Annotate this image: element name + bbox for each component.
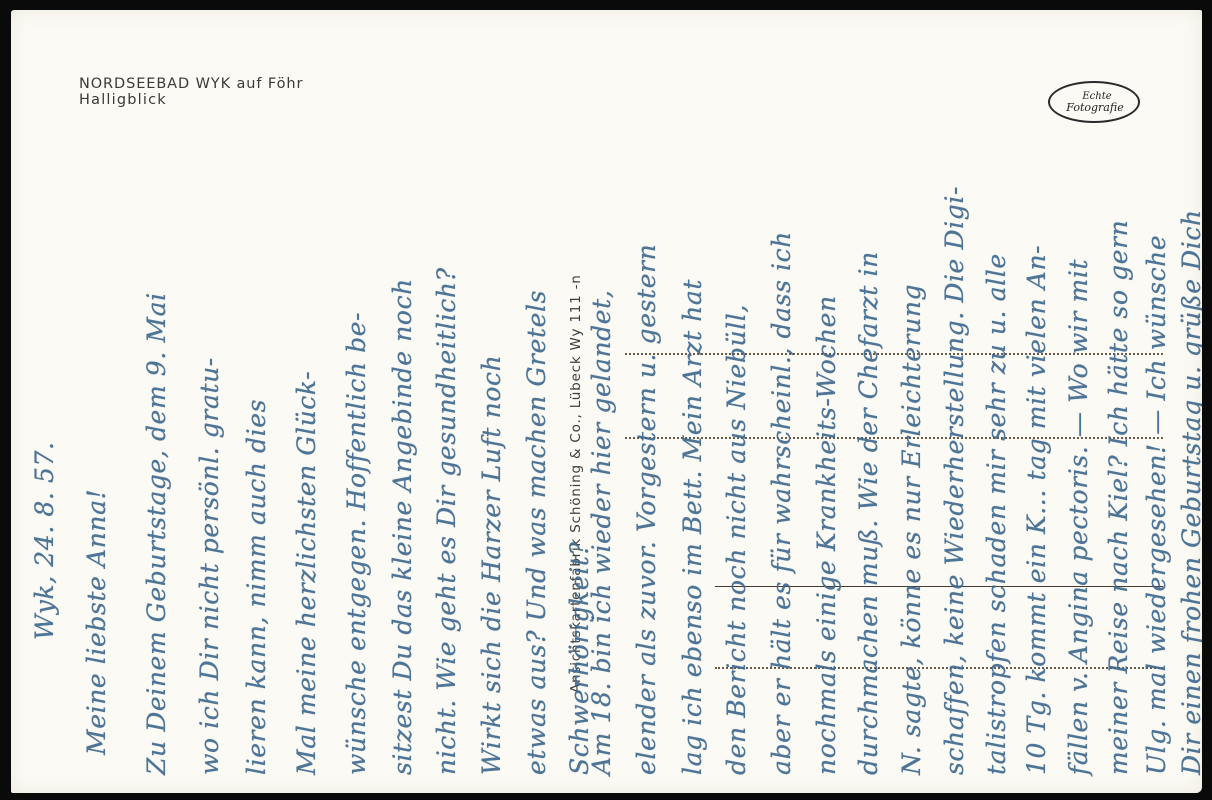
handwritten-line: N. sagte, könne es nur Erleichterung [897, 284, 926, 775]
printed-header: NORDSEEBAD WYK auf Föhr Halligblick [79, 76, 303, 108]
handwritten-line: Wirkt sich die Harzer Luft noch [477, 355, 506, 775]
handwritten-line: wo ich Dir nicht persönl. gratu- [195, 357, 224, 775]
handwritten-line: nicht. Wie geht es Dir gesundheitlich? [432, 267, 461, 775]
handwritten-line: schaffen, keine Wiederherstellung. Die D… [940, 186, 969, 775]
handwritten-line: elender als zuvor. Vorgestern u. gestern [632, 244, 661, 775]
handwritten-line: sitzest Du das kleine Angebinde noch [388, 278, 417, 775]
handwritten-line: meiner Reise nach Kiel? Ich hätte so ger… [1104, 220, 1133, 775]
handwritten-line: nochmals einige Krankheits-Wochen [812, 295, 841, 775]
handwritten-line: Zu Deinem Geburtstage, dem 9. Mai [142, 292, 171, 775]
handwritten-line: den Bericht noch nicht aus Niebüll, [722, 304, 751, 775]
handwritten-line: Meine liebste Anna! [82, 489, 111, 755]
handwritten-line: lieren kann, nimm auch dies [242, 399, 271, 775]
handwritten-line: Wyk, 24. 8. 57. [30, 441, 59, 640]
handwritten-line: talistropfen schaden mir sehr zu u. alle [982, 253, 1011, 775]
handwritten-line: aber er hält es für wahrscheinl., dass i… [767, 231, 796, 775]
handwritten-line: Am 18. bin ich wieder hier gelandet, [587, 290, 616, 775]
handwritten-line: 10 Tg. kommt ein K... tag mit vielen An- [1022, 245, 1051, 775]
stamp-line-2: Fotografie [1066, 102, 1123, 113]
handwritten-line: fällen v. Angina pectoris. — Wo wir mit [1064, 259, 1093, 775]
handwritten-line: etwas aus? Und was machen Gretels [522, 290, 551, 775]
postcard-back: NORDSEEBAD WYK auf Föhr Halligblick Echt… [11, 10, 1202, 793]
handwritten-line: Dir einen frohen Geburtstag u. grüße Dic… [1177, 209, 1202, 775]
header-view-title: Halligblick [79, 92, 303, 108]
handwritten-line: durchmachen muß. Wie der Chefarzt in [854, 251, 883, 775]
handwritten-line: Mal meine herzlichsten Glück- [292, 371, 321, 775]
echte-fotografie-stamp-icon: Echte Fotografie [1048, 81, 1140, 123]
header-location: NORDSEEBAD WYK auf Föhr [79, 76, 303, 92]
handwritten-line: Ulg. mal wiedergesehen! — Ich wünsche [1142, 235, 1171, 775]
handwritten-line: lag ich ebenso im Bett. Mein Arzt hat [678, 279, 707, 775]
handwritten-line: wünsche entgegen. Hoffentlich be- [342, 312, 371, 775]
